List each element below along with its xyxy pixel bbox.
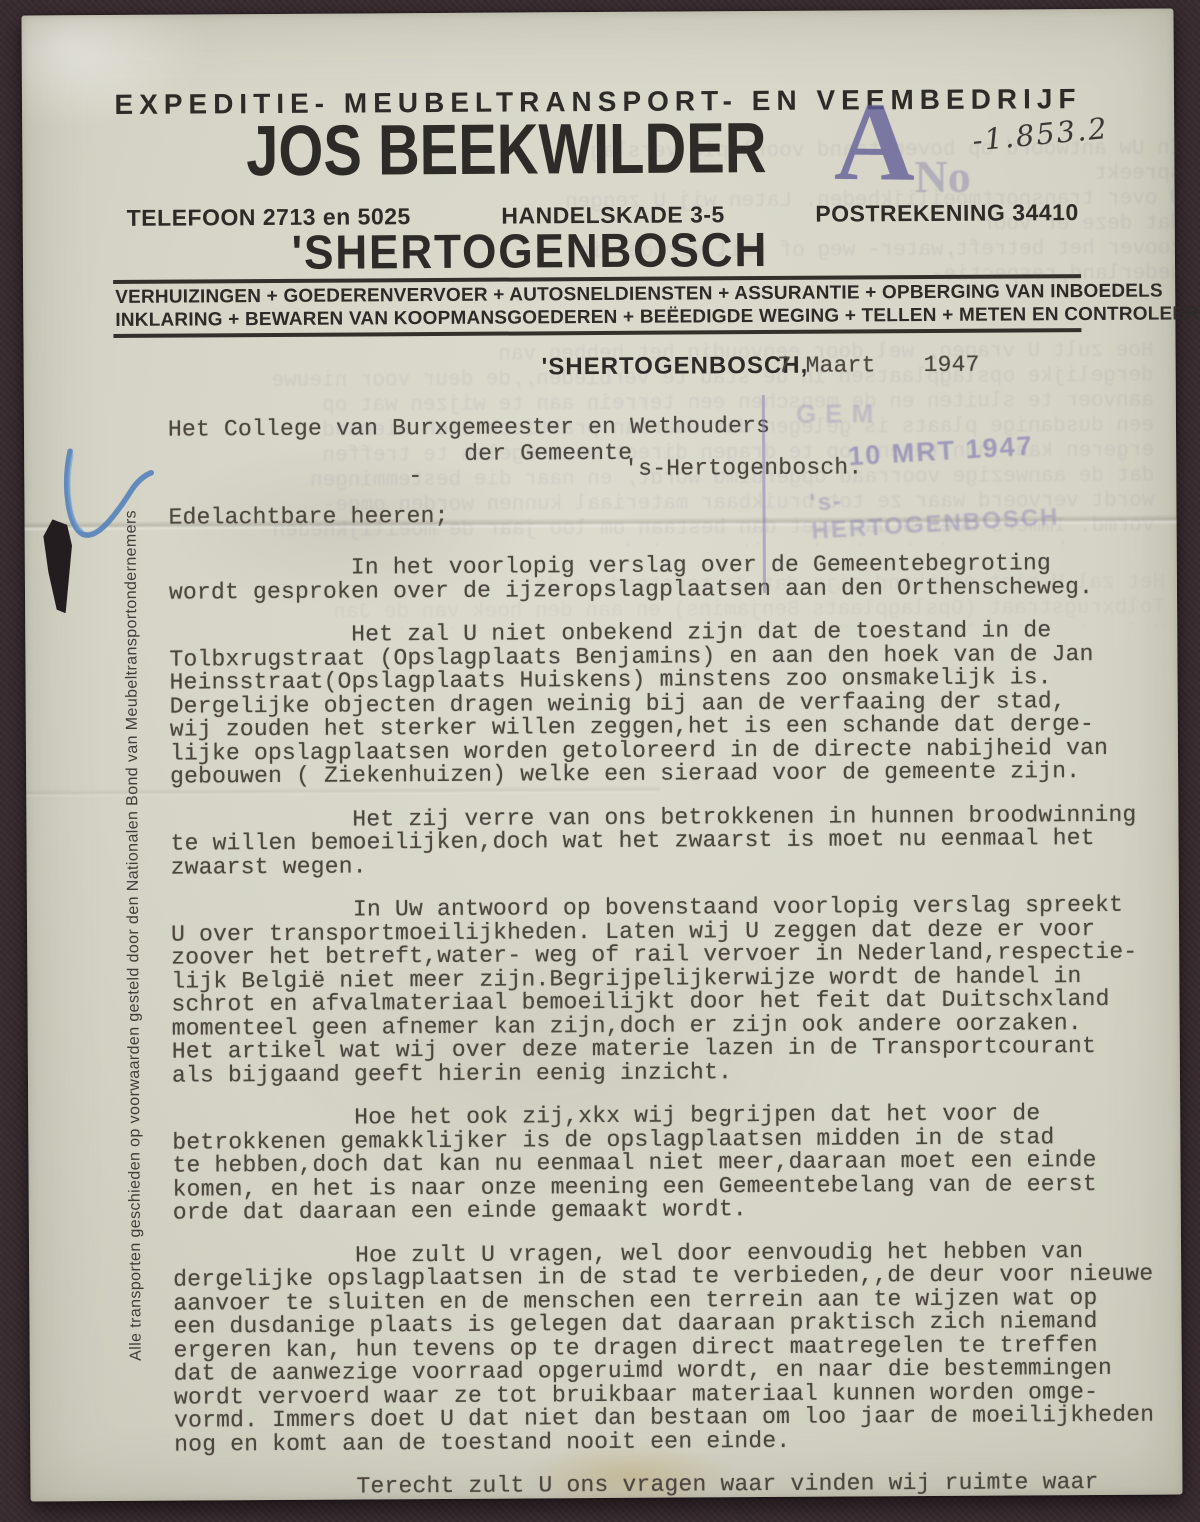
recipient-dash: - bbox=[408, 465, 422, 489]
dateline-place: 'SHERTOGENBOSCH, bbox=[542, 352, 809, 382]
blue-pencil-check-mark bbox=[56, 445, 157, 551]
recipient-line-1: Het College van Burxgemeester en Wethoud… bbox=[168, 415, 770, 442]
body-paragraph: Het zij verre van ons betrokkenen in hun… bbox=[170, 803, 1182, 880]
number-stamp: No bbox=[914, 150, 971, 203]
dateline-date: 7 Maart bbox=[778, 354, 876, 378]
letter-body: In het voorlopig verslag over de Gemeent… bbox=[169, 551, 1187, 1500]
body-paragraph: In het voorlopig verslag over de Gemeent… bbox=[169, 551, 1181, 604]
dateline-year: 1947 bbox=[924, 354, 980, 378]
body-paragraph: Hoe zult U vragen, wel door eenvoudig he… bbox=[173, 1239, 1186, 1457]
stamp-place-text: 's-HERTOGENBOSCH bbox=[809, 474, 1084, 546]
company-name-text: JOS BEEKWILDER bbox=[246, 107, 767, 192]
recipient-city: 's-Hertogenbosch. bbox=[624, 456, 862, 481]
salutation: Edelachtbare heeren; bbox=[168, 505, 448, 530]
recipient-line-2: der Gemeente bbox=[464, 442, 632, 467]
body-paragraph: Hoe het ook zij,xkx wij begrijpen dat he… bbox=[172, 1101, 1185, 1225]
services-line-2: INKLARING + BEWAREN VAN KOOPMANSGOEDEREN… bbox=[115, 304, 1079, 332]
handwritten-reference-number: -1.853.2 bbox=[971, 111, 1110, 158]
stamp-org-text: GEM bbox=[796, 398, 882, 430]
photo-background: In Uw antwoord op bovenstaand voorlopig … bbox=[0, 0, 1200, 1522]
letterhead-city-text: 'SHERTOGENBOSCH bbox=[291, 223, 768, 281]
body-paragraph: Het zal U niet onbekend zijn dat de toes… bbox=[169, 618, 1182, 789]
body-paragraph: In Uw antwoord op bovenstaand voorlopig … bbox=[171, 893, 1184, 1087]
margin-conditions-note: Alle transporten geschieden op voorwaard… bbox=[122, 510, 145, 1361]
stamp-date-text: 10 MRT 1947 bbox=[847, 431, 1034, 473]
letter-page: In Uw antwoord op bovenstaand voorlopig … bbox=[21, 8, 1182, 1501]
letterhead-city: 'SHERTOGENBOSCH bbox=[23, 221, 1037, 282]
body-paragraph: Terecht zult U ons vragen waar vinden wi… bbox=[174, 1470, 1186, 1500]
index-letter-stamp: A bbox=[834, 86, 916, 199]
